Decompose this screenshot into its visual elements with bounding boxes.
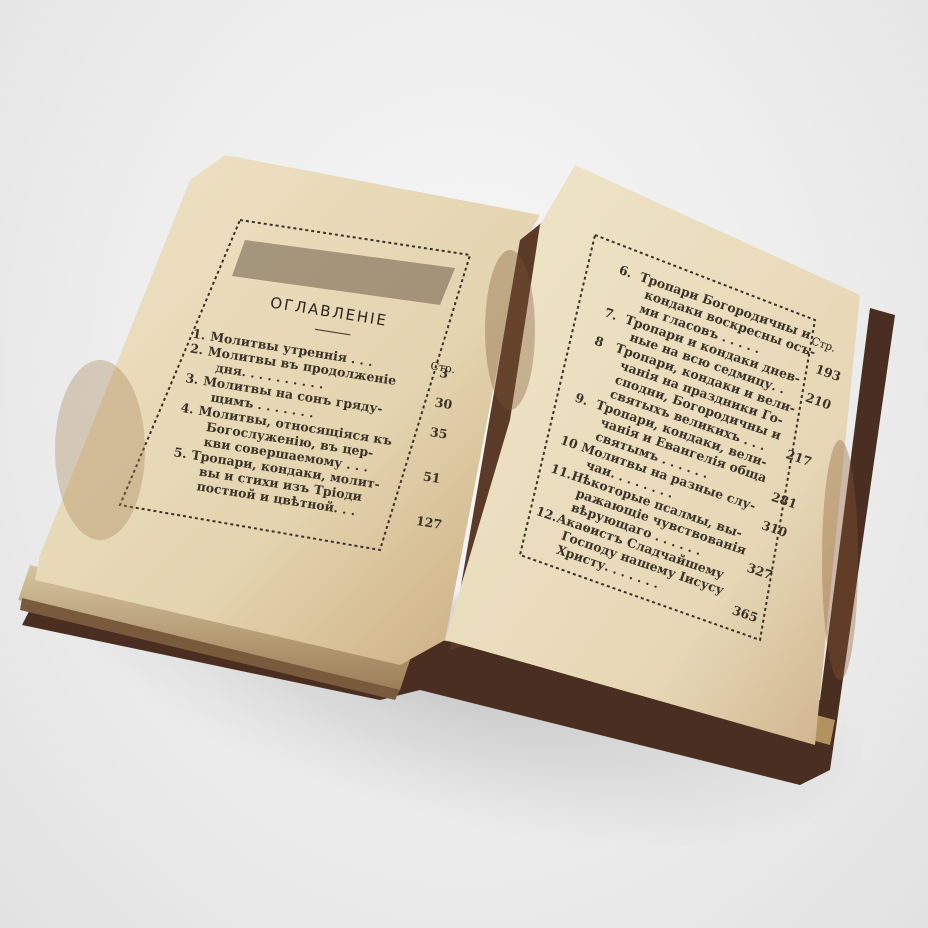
toc-entry-page: 3 <box>438 365 449 381</box>
